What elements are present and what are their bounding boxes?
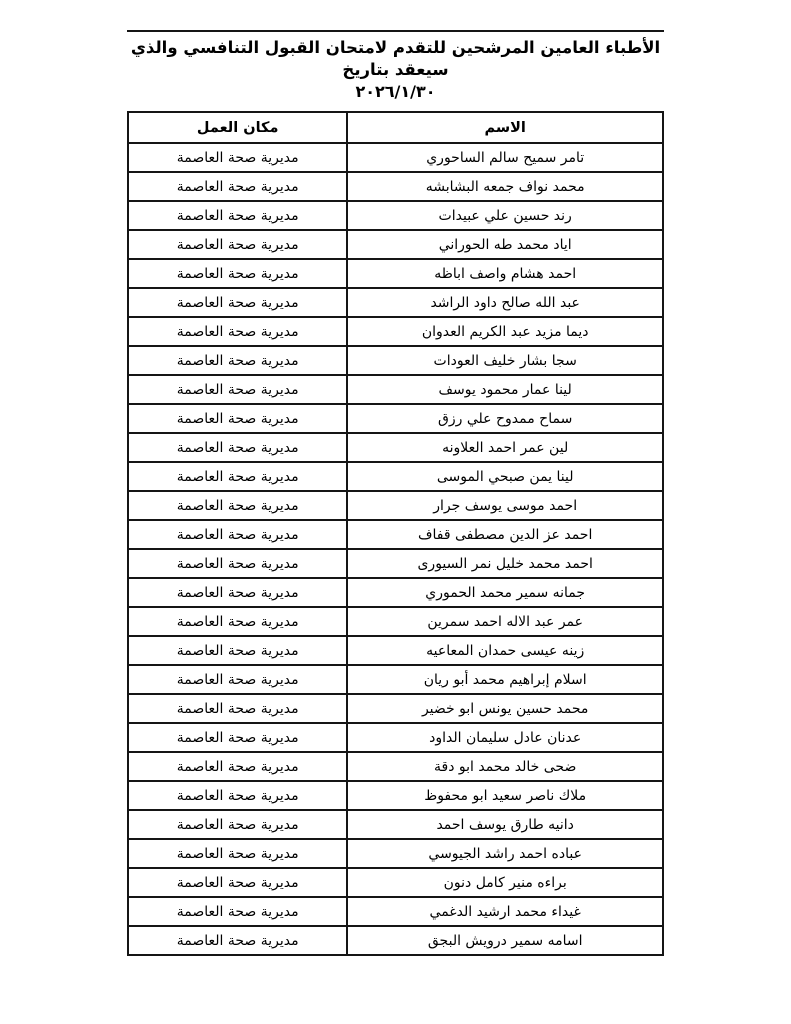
candidate-name: غيداء محمد ارشيد الدغمي (347, 897, 663, 926)
candidate-name: تامر سميح سالم الساحوري (347, 143, 663, 172)
candidate-name: ضحى خالد محمد ابو دقة (347, 752, 663, 781)
candidate-name: زينه عيسى حمدان المعاعيه (347, 636, 663, 665)
candidate-name: اسلام إبراهيم محمد أبو ريان (347, 665, 663, 694)
candidate-workplace: مديرية صحة العاصمة (128, 723, 347, 752)
candidate-name: سماح ممدوح علي رزق (347, 404, 663, 433)
candidate-name: رند حسين علي عبيدات (347, 201, 663, 230)
candidate-workplace: مديرية صحة العاصمة (128, 665, 347, 694)
column-header-workplace: مكان العمل (128, 112, 347, 143)
table-row: لينا يمن صبحي الموسىمديرية صحة العاصمة (128, 462, 663, 491)
candidate-name: محمد حسين يونس ابو خضير (347, 694, 663, 723)
candidate-workplace: مديرية صحة العاصمة (128, 694, 347, 723)
candidate-name: ملاك ناصر سعيد ابو محفوظ (347, 781, 663, 810)
table-row: ملاك ناصر سعيد ابو محفوظمديرية صحة العاص… (128, 781, 663, 810)
table-row: اياد محمد طه الحورانيمديرية صحة العاصمة (128, 230, 663, 259)
candidate-workplace: مديرية صحة العاصمة (128, 346, 347, 375)
candidate-workplace: مديرية صحة العاصمة (128, 230, 347, 259)
candidate-workplace: مديرية صحة العاصمة (128, 433, 347, 462)
candidate-workplace: مديرية صحة العاصمة (128, 462, 347, 491)
candidate-workplace: مديرية صحة العاصمة (128, 578, 347, 607)
top-horizontal-rule (127, 30, 664, 32)
candidate-workplace: مديرية صحة العاصمة (128, 926, 347, 955)
document-title: الأطباء العامين المرشحين للتقدم لامتحان … (127, 37, 664, 102)
table-row: براءه منير كامل دنونمديرية صحة العاصمة (128, 868, 663, 897)
candidate-workplace: مديرية صحة العاصمة (128, 810, 347, 839)
table-row: ضحى خالد محمد ابو دقةمديرية صحة العاصمة (128, 752, 663, 781)
candidate-name: لينا يمن صبحي الموسى (347, 462, 663, 491)
candidate-name: لين عمر احمد العلاونه (347, 433, 663, 462)
candidate-name: جمانه سمير محمد الحموري (347, 578, 663, 607)
candidate-workplace: مديرية صحة العاصمة (128, 549, 347, 578)
candidate-workplace: مديرية صحة العاصمة (128, 636, 347, 665)
candidate-name: عدنان عادل سليمان الداود (347, 723, 663, 752)
table-row: رند حسين علي عبيداتمديرية صحة العاصمة (128, 201, 663, 230)
table-row: سجا بشار خليف العوداتمديرية صحة العاصمة (128, 346, 663, 375)
candidate-name: عمر عبد الاله احمد سمرين (347, 607, 663, 636)
candidate-workplace: مديرية صحة العاصمة (128, 839, 347, 868)
table-row: محمد نواف جمعه البشابشهمديرية صحة العاصم… (128, 172, 663, 201)
candidate-name: دانيه طارق يوسف احمد (347, 810, 663, 839)
candidate-name: اسامه سمير درويش البجق (347, 926, 663, 955)
table-row: ديما مزيد عبد الكريم العدوانمديرية صحة ا… (128, 317, 663, 346)
table-row: عمر عبد الاله احمد سمرينمديرية صحة العاص… (128, 607, 663, 636)
table-row: عبد الله صالح داود الراشدمديرية صحة العا… (128, 288, 663, 317)
candidate-workplace: مديرية صحة العاصمة (128, 897, 347, 926)
candidate-name: ديما مزيد عبد الكريم العدوان (347, 317, 663, 346)
candidate-workplace: مديرية صحة العاصمة (128, 491, 347, 520)
candidate-workplace: مديرية صحة العاصمة (128, 607, 347, 636)
candidate-name: لينا عمار محمود يوسف (347, 375, 663, 404)
candidate-workplace: مديرية صحة العاصمة (128, 201, 347, 230)
header-row: الاسم مكان العمل (128, 112, 663, 143)
table-row: سماح ممدوح علي رزقمديرية صحة العاصمة (128, 404, 663, 433)
table-row: احمد موسى يوسف جرارمديرية صحة العاصمة (128, 491, 663, 520)
title-exam-date: ٢٠٢٦/١/٣٠ (127, 81, 664, 102)
table-body: تامر سميح سالم الساحوريمديرية صحة العاصم… (128, 143, 663, 955)
table-row: لينا عمار محمود يوسفمديرية صحة العاصمة (128, 375, 663, 404)
candidate-workplace: مديرية صحة العاصمة (128, 259, 347, 288)
candidate-name: عباده احمد راشد الجيوسي (347, 839, 663, 868)
candidate-workplace: مديرية صحة العاصمة (128, 520, 347, 549)
table-row: محمد حسين يونس ابو خضيرمديرية صحة العاصم… (128, 694, 663, 723)
table-row: احمد عز الدين مصطفى قفافمديرية صحة العاص… (128, 520, 663, 549)
table-row: اسلام إبراهيم محمد أبو ريانمديرية صحة ال… (128, 665, 663, 694)
candidate-workplace: مديرية صحة العاصمة (128, 317, 347, 346)
candidates-table: الاسم مكان العمل تامر سميح سالم الساحوري… (127, 111, 664, 956)
column-header-name: الاسم (347, 112, 663, 143)
candidate-workplace: مديرية صحة العاصمة (128, 288, 347, 317)
table-row: احمد محمد خليل نمر السيورىمديرية صحة الع… (128, 549, 663, 578)
candidate-name: عبد الله صالح داود الراشد (347, 288, 663, 317)
table-row: زينه عيسى حمدان المعاعيهمديرية صحة العاص… (128, 636, 663, 665)
table-row: دانيه طارق يوسف احمدمديرية صحة العاصمة (128, 810, 663, 839)
candidate-name: براءه منير كامل دنون (347, 868, 663, 897)
document-page: { "page": { "title_line1": "الأطباء العا… (0, 0, 791, 1024)
candidate-name: احمد هشام واصف اباظه (347, 259, 663, 288)
candidate-workplace: مديرية صحة العاصمة (128, 781, 347, 810)
candidate-name: سجا بشار خليف العودات (347, 346, 663, 375)
candidate-workplace: مديرية صحة العاصمة (128, 752, 347, 781)
candidate-workplace: مديرية صحة العاصمة (128, 868, 347, 897)
candidate-workplace: مديرية صحة العاصمة (128, 172, 347, 201)
candidate-name: احمد موسى يوسف جرار (347, 491, 663, 520)
table-row: عباده احمد راشد الجيوسيمديرية صحة العاصم… (128, 839, 663, 868)
candidate-name: احمد محمد خليل نمر السيورى (347, 549, 663, 578)
table-row: لين عمر احمد العلاونهمديرية صحة العاصمة (128, 433, 663, 462)
document-body: الأطباء العامين المرشحين للتقدم لامتحان … (127, 0, 664, 956)
table-row: اسامه سمير درويش البجقمديرية صحة العاصمة (128, 926, 663, 955)
table-row: جمانه سمير محمد الحموريمديرية صحة العاصم… (128, 578, 663, 607)
title-text: الأطباء العامين المرشحين للتقدم لامتحان … (127, 37, 664, 81)
table-row: عدنان عادل سليمان الداودمديرية صحة العاص… (128, 723, 663, 752)
candidate-name: احمد عز الدين مصطفى قفاف (347, 520, 663, 549)
candidate-workplace: مديرية صحة العاصمة (128, 375, 347, 404)
candidate-name: اياد محمد طه الحوراني (347, 230, 663, 259)
table-row: تامر سميح سالم الساحوريمديرية صحة العاصم… (128, 143, 663, 172)
table-row: غيداء محمد ارشيد الدغميمديرية صحة العاصم… (128, 897, 663, 926)
candidate-workplace: مديرية صحة العاصمة (128, 404, 347, 433)
table-row: احمد هشام واصف اباظهمديرية صحة العاصمة (128, 259, 663, 288)
candidate-workplace: مديرية صحة العاصمة (128, 143, 347, 172)
candidate-name: محمد نواف جمعه البشابشه (347, 172, 663, 201)
table-header: الاسم مكان العمل (128, 112, 663, 143)
